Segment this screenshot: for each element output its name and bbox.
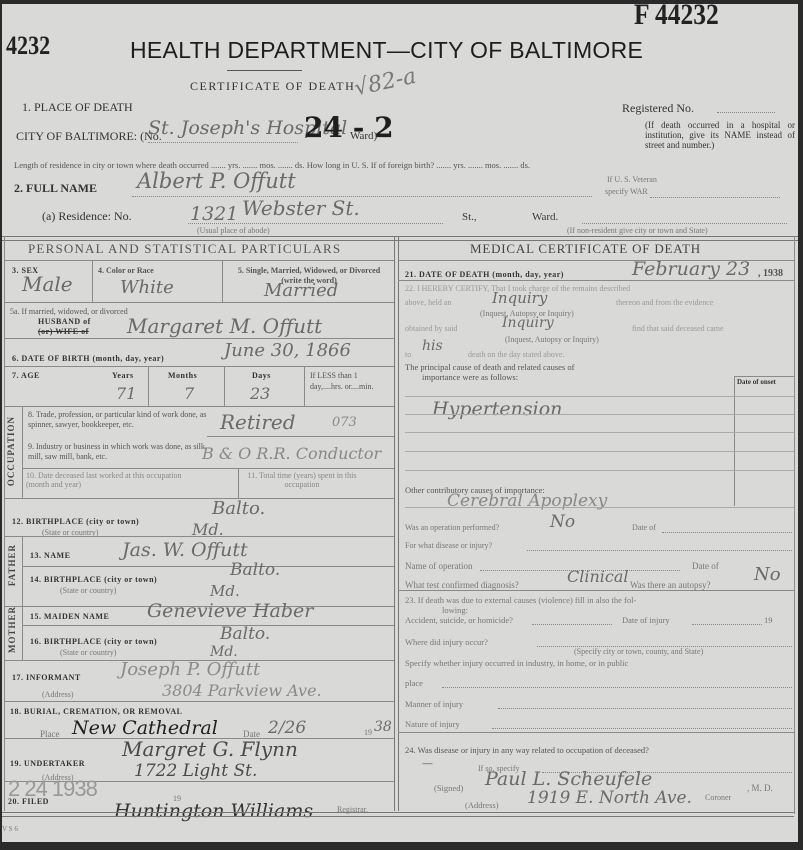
informant-address: 3804 Parkview Ave. [162,681,322,700]
ward-label: Ward) [350,130,377,142]
onset-label: Date of onset [737,378,776,386]
place-of-death-label: 1. PLACE OF DEATH [22,100,133,115]
burial-year-value: 38 [374,719,392,735]
rule [4,498,394,499]
full-name-line [132,196,592,197]
disease-line [527,550,792,551]
place-line [442,687,792,688]
war-line [650,197,780,198]
informant-address-label: (Address) [42,690,74,699]
external-label-2: lowing: [442,605,468,615]
residence-number: 1321 [190,203,238,225]
mother-vertical-label: MOTHER [7,606,17,653]
father-birthplace-state: Md. [210,582,240,600]
residence-ward-label: Ward. [532,211,558,223]
certify-obtained-value: Inquiry [502,315,554,331]
rule [238,468,239,498]
rule [4,701,394,702]
certify-line-3b: find that said deceased came [632,324,724,333]
rule [405,507,794,508]
father-birthplace-sub: (State or country) [60,586,116,595]
birthplace-city: Balto. [212,498,265,519]
form-code: V S 6 [2,825,18,833]
check-mark-annotation: √82-a [352,64,418,101]
rule [2,812,402,817]
total-time-label: 11. Total time (years) spent in this occ… [242,471,362,489]
operation-name-label: Name of operation [405,561,472,571]
address-label: (Address) [465,800,499,810]
rule [224,366,225,406]
years-label: Years [112,371,134,380]
months-label: Months [168,371,197,380]
rule [207,436,394,437]
institution-line [148,142,298,143]
rule [4,536,394,537]
last-worked-label: 10. Date deceased last worked at this oc… [26,471,196,489]
spouse-label-2: HUSBAND of [38,317,91,326]
death-certificate: F 44232 4232 HEALTH DEPARTMENT—CITY OF B… [2,4,798,842]
city-label: CITY OF BALTIMORE: (No. [16,129,162,144]
certify-line-2a: above, held an [405,298,451,307]
where-note: (Specify city or town, county, and State… [574,647,703,656]
autopsy-value: No [754,564,781,585]
full-name-value: Albert P. Offutt [137,169,296,193]
days-label: Days [252,371,271,380]
birthplace-label: 12. BIRTHPLACE (city or town) [12,517,139,526]
rule [398,732,794,733]
rule [398,812,794,817]
undertaker-value: Margret G. Flynn [122,737,298,761]
page-subtitle: CERTIFICATE OF DEATH [190,79,355,94]
rule [22,536,23,606]
coroner-label: Coroner [705,793,731,802]
spouse-value: Margaret M. Offutt [127,314,322,338]
less-than-label: If LESS than 1 day,....hrs. or....min. [310,370,392,392]
operation-date-label-2: Date of [692,561,719,571]
industry-value: B & O R.R. Conductor [202,444,381,463]
full-name-label: 2. FULL NAME [14,181,97,196]
race-value: White [120,277,174,298]
accident-line [532,624,612,625]
rule [4,260,394,261]
certify-held-value: Inquiry [492,289,547,307]
sex-value: Male [22,272,73,296]
trade-label: 8. Trade, profession, or particular kind… [28,410,213,430]
rule [4,302,394,303]
spouse-label-3: (or) WIFE of [38,327,89,336]
rule [4,338,394,339]
md-label: , M. D. [747,783,773,793]
test-value: Clinical [567,567,629,586]
ward-value: 24 - 2 [304,111,394,144]
dob-label: 6. DATE OF BIRTH (month, day, year) [12,354,164,363]
operation-value: No [550,512,575,532]
residence-line [188,223,443,224]
dod-year: , 1938 [758,268,783,279]
trade-value: Retired [220,410,296,434]
rule [92,260,93,302]
dod-label: 21. DATE OF DEATH (month, day, year) [405,270,564,279]
injury-year-prefix: 19 [764,615,773,625]
registered-no-label: Registered No. [622,101,694,116]
rule [304,366,305,406]
rule [22,625,394,626]
occupation-related-value: — [422,757,433,770]
operation-date-line [662,532,792,533]
rule [405,396,794,397]
nature-label: Nature of injury [405,719,460,729]
rule [4,366,394,367]
trade-code: 073 [332,415,357,430]
medical-section-title: MEDICAL CERTIFICATE OF DEATH [470,241,701,257]
rule [405,470,794,471]
father-name-label: 13. NAME [30,551,70,560]
certify-note-2: (Inquest, Autopsy or Inquiry) [505,335,599,344]
race-label: 4. Color or Race [98,266,154,275]
registered-no-field [717,112,775,113]
file-number-left: 4232 [6,31,50,61]
occupation-vertical-label: OCCUPATION [6,416,16,486]
injury-date-label: Date of injury [622,615,670,625]
spouse-label-1: 5a. If married, widowed, or divorced [10,307,128,316]
manner-line [498,708,792,709]
registrar-signature: Huntington Williams [114,800,313,822]
disease-label: For what disease or injury? [405,541,492,550]
operation-date-label: Date of [632,523,656,532]
external-label-1: 23. If death was due to external causes … [405,595,636,605]
cause-value: Hypertension [432,398,562,420]
burial-date-value: 2/26 [268,718,306,738]
undertaker-label: 19. UNDERTAKER [10,759,85,768]
certify-line-4a: to [405,350,411,359]
accident-label: Accident, suicide, or homicide? [405,615,513,625]
father-vertical-label: FATHER [7,544,17,586]
residence-label: (a) Residence: No. [42,209,132,224]
rule [405,451,794,452]
residence-street: Webster St. [242,196,360,220]
address-value: 1919 E. North Ave. [527,788,692,808]
veteran-label: If U. S. Veteran [607,175,657,184]
certify-to-value: his [422,338,443,354]
title-rule [227,70,302,71]
certify-line-4b: death on the day stated above. [468,350,564,359]
certify-line-2b: thereon and from the evidence [616,298,713,307]
rule [734,376,794,377]
specify-label: Specify whether injury occurred in indus… [405,658,628,668]
where-label: Where did injury occur? [405,637,488,647]
father-birthplace-label: 14. BIRTHPLACE (city or town) [30,575,157,584]
rule [405,414,794,415]
rule [22,406,23,498]
file-number-top-right: F 44232 [634,0,719,32]
column-divider [394,236,399,811]
mother-name-value: Genevieve Haber [147,600,313,622]
hospital-note: (If death occurred in a hospital or inst… [645,120,795,150]
rule [22,606,23,660]
informant-label: 17. INFORMANT [12,673,81,682]
burial-place-value: New Cathedral [72,717,218,739]
dod-value: February 23 [632,258,750,280]
occupation-related-label: 24. Was disease or injury in any way rel… [405,745,649,755]
father-name-value: Jas. W. Offutt [122,539,248,561]
certify-line-3a: obtained by said [405,324,457,333]
rule [405,432,794,433]
cause-label-2: importance were as follows: [422,372,518,382]
right-border [794,236,795,814]
test-label: What test confirmed diagnosis? [405,580,519,590]
left-border [4,236,5,811]
rule [222,260,223,302]
rule [22,566,394,567]
rule [4,406,394,407]
mother-birthplace-city: Balto. [220,624,270,644]
contributory-value: Cerebral Apoplexy [447,491,607,511]
mother-birthplace-state: Md. [210,644,238,660]
war-label: specify WAR [605,187,648,196]
mother-birthplace-sub: (State or country) [60,648,116,657]
rule [398,280,794,281]
rule [148,366,149,406]
nature-line [492,728,792,729]
burial-year-prefix: 19 [364,728,372,737]
rule [398,590,794,591]
mother-birthplace-label: 16. BIRTHPLACE (city or town) [30,637,157,646]
nonresident-line [582,223,787,224]
mother-name-label: 15. MAIDEN NAME [30,612,109,621]
residence-st-label: St., [462,211,477,223]
dob-value: June 30, 1866 [224,340,351,361]
page-title: HEALTH DEPARTMENT—CITY OF BALTIMORE [130,37,643,64]
undertaker-address: 1722 Light St. [134,761,257,781]
months-value: 7 [184,384,194,403]
manner-label: Manner of injury [405,699,463,709]
father-birthplace-city: Balto. [230,560,280,580]
days-value: 23 [250,384,270,403]
place-label: place [405,678,423,688]
age-label: 7. AGE [12,371,40,380]
personal-section-title: PERSONAL AND STATISTICAL PARTICULARS [28,241,341,257]
injury-date-line [692,624,762,625]
signed-label: (Signed) [434,783,463,793]
nonresident-note: (If non-resident give city or town and S… [567,226,708,235]
burial-label: 18. BURIAL, CREMATION, OR REMOVAL [10,707,182,716]
operation-label: Was an operation performed? [405,523,499,532]
marital-value: Married [264,280,338,301]
signed-value: Paul L. Scheufele [485,768,652,790]
cause-label-1: The principal cause of death and related… [405,362,574,372]
abode-note: (Usual place of abode) [197,226,270,235]
rule [22,468,394,469]
filed-label: 20. FILED [8,797,49,806]
years-value: 71 [116,384,136,403]
industry-label: 9. Industry or business in which work wa… [28,442,213,462]
informant-value: Joseph P. Offutt [120,659,260,680]
autopsy-label: Was there an autopsy? [630,580,711,590]
